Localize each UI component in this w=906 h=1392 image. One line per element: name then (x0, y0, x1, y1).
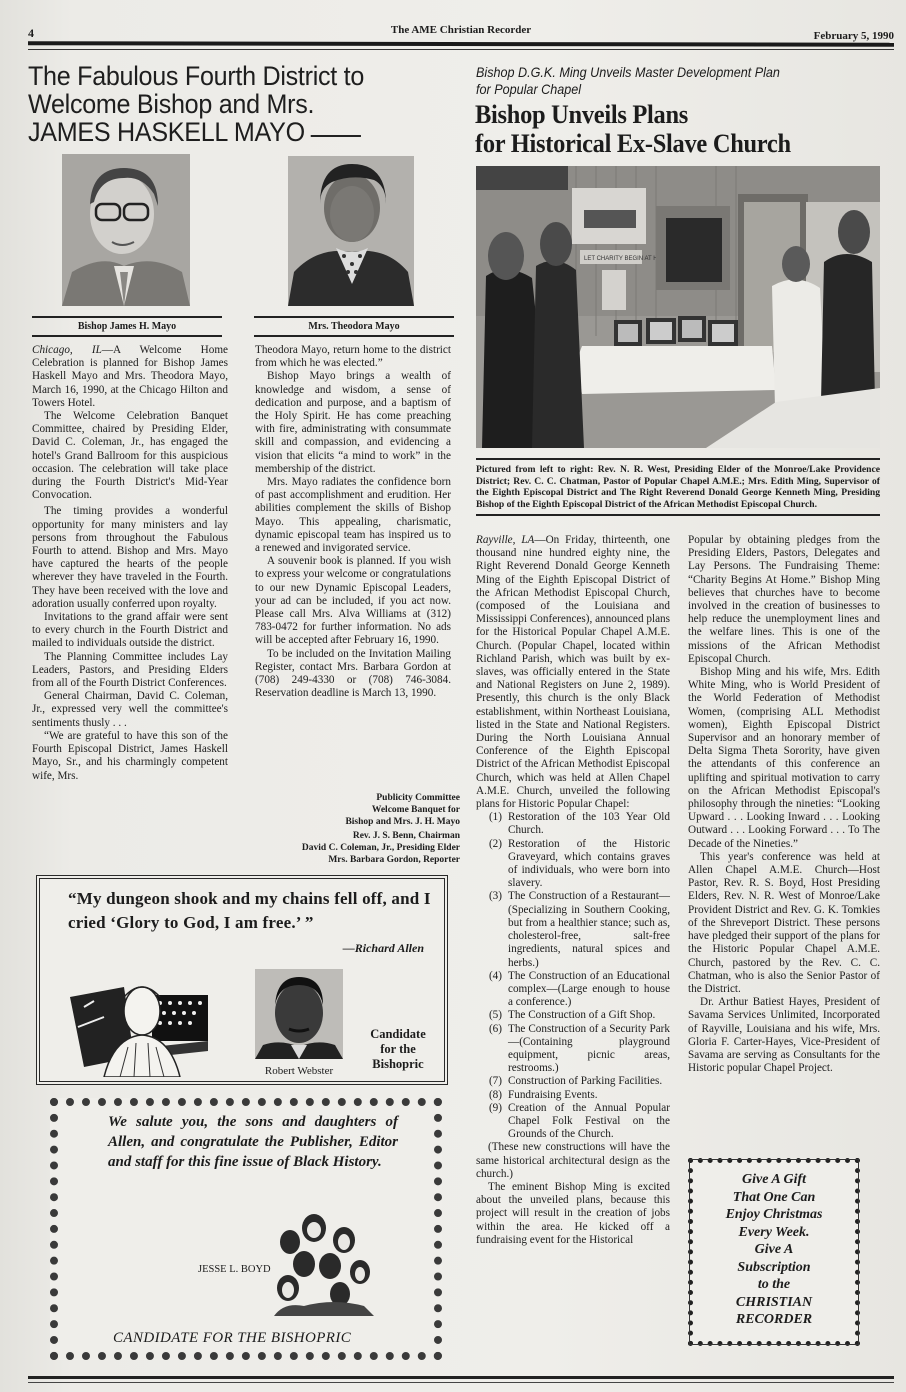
list-item: (7)Construction of Parking Facilities. (476, 1075, 670, 1088)
ad-jesse-boyd: We salute you, the sons and daughters of… (50, 1098, 442, 1360)
paragraph: Rayville, LA—On Friday, thirteenth, one … (476, 534, 670, 811)
portrait-image (62, 154, 190, 306)
paragraph: Popular by obtaining pledges from the Pr… (688, 534, 880, 666)
ad-line: Give A Gift (693, 1171, 855, 1189)
signature-line: Bishop and Mrs. J. H. Mayo (255, 816, 460, 828)
paragraph: (These new constructions will have the s… (476, 1141, 670, 1181)
list-number: (2) (476, 838, 508, 891)
richard-allen-quote: “My dungeon shook and my chains fell off… (68, 887, 438, 935)
portrait-image (255, 969, 343, 1059)
signature-block: Publicity Committee Welcome Banquet for … (255, 792, 460, 866)
kicker-line: Bishop D.G.K. Ming Unveils Master Develo… (476, 64, 854, 81)
group-portrait-sketch-icon (274, 1206, 392, 1316)
headline-line: for Historical Ex-Slave Church (475, 129, 870, 158)
signature-line: David C. Coleman, Jr., Presiding Elder (255, 842, 460, 854)
signature-line: Welcome Banquet for (255, 804, 460, 816)
signature-line: Rev. J. S. Benn, Chairman (255, 830, 460, 842)
right-headline: Bishop Unveils Plans for Historical Ex-S… (475, 100, 870, 158)
paragraph: Bishop Mayo brings a wealth of knowledge… (255, 370, 451, 476)
footer-rule (28, 1376, 894, 1379)
paragraph: “We are grateful to have this son of the… (32, 730, 228, 783)
plans-list: (1)Restoration of the 103 Year Old Churc… (476, 811, 670, 1141)
list-number: (9) (476, 1102, 508, 1142)
right-article-column-1: Rayville, LA—On Friday, thirteenth, one … (476, 534, 670, 1247)
ad-line: Subscription (693, 1259, 855, 1277)
ad-subscription: Give A Gift That One Can Enjoy Christmas… (688, 1158, 860, 1346)
dateline: Rayville, LA (476, 534, 534, 546)
photo-caption-theodora: Mrs. Theodora Mayo (254, 316, 454, 337)
candidate-label: Candidate for the Bishopric (358, 1027, 438, 1072)
paragraph: Dr. Arthur Batiest Hayes, President of S… (688, 996, 880, 1075)
list-number: (1) (476, 811, 508, 837)
list-item: (5)The Construction of a Gift Shop. (476, 1009, 670, 1022)
paragraph: Bishop Ming and his wife, Mrs. Edith Whi… (688, 666, 880, 851)
list-item: (9)Creation of the Annual Popular Chapel… (476, 1102, 670, 1142)
masthead-rule-thin (28, 49, 894, 50)
jesse-boyd-name: JESSE L. BOYD (198, 1264, 271, 1275)
list-number: (7) (476, 1075, 508, 1088)
paragraph-text: —On Friday, thirteenth, one thousand nin… (476, 534, 670, 810)
paragraph: Chicago, IL—A Welcome Home Celebration i… (32, 344, 228, 410)
ad-line: That One Can (693, 1189, 855, 1207)
right-kicker: Bishop D.G.K. Ming Unveils Master Develo… (476, 64, 854, 98)
list-text: The Construction of an Educational compl… (508, 970, 670, 1010)
paragraph: Invitations to the grand affair were sen… (32, 611, 228, 651)
paragraph: A souvenir book is planned. If you wish … (255, 555, 451, 647)
robert-webster-photo (255, 969, 343, 1059)
list-number: (8) (476, 1089, 508, 1102)
portrait-image (288, 156, 414, 306)
left-headline: The Fabulous Fourth District to Welcome … (28, 62, 419, 146)
paragraph: Theodora Mayo, return home to the distri… (255, 344, 451, 370)
signature-line: Mrs. Barbara Gordon, Reporter (255, 854, 460, 866)
list-text: The Construction of a Gift Shop. (508, 1009, 670, 1022)
paragraph: The eminent Bishop Ming is excited about… (476, 1181, 670, 1247)
list-text: The Construction of a Restaurant—(Specia… (508, 890, 670, 969)
dateline: Chicago, IL (32, 344, 102, 356)
quote-attribution: —Richard Allen (343, 941, 424, 956)
photo-popular-chapel-group: LET CHARITY BEGIN AT HOME (476, 166, 880, 448)
list-number: (4) (476, 970, 508, 1010)
list-text: Fundraising Events. (508, 1089, 670, 1102)
robert-webster-name: Robert Webster (254, 1065, 344, 1077)
headline-line: The Fabulous Fourth District to (28, 62, 419, 90)
ad-line: Enjoy Christmas (693, 1206, 855, 1224)
ad-robert-webster: “My dungeon shook and my chains fell off… (36, 875, 448, 1085)
newspaper-page: 4 The AME Christian Recorder February 5,… (0, 0, 906, 1392)
headline-line: JAMES HASKELL MAYO (28, 117, 305, 147)
paragraph: To be included on the Invitation Mailing… (255, 648, 451, 701)
list-text: Creation of the Annual Popular Chapel Fo… (508, 1102, 670, 1142)
headline-rule (310, 135, 360, 137)
photo-caption-bishop: Bishop James H. Mayo (32, 316, 222, 337)
left-article-column-1: Chicago, IL—A Welcome Home Celebration i… (32, 344, 228, 783)
paragraph: The Welcome Celebration Banquet Committe… (32, 410, 228, 502)
paragraph: Mrs. Mayo radiates the confidence born o… (255, 476, 451, 555)
list-item: (8)Fundraising Events. (476, 1089, 670, 1102)
paragraph: The Planning Committee includes Lay Lead… (32, 651, 228, 691)
list-text: Construction of Parking Facilities. (508, 1075, 670, 1088)
ad-line: RECORDER (693, 1311, 855, 1329)
paragraph: This year's conference was held at Allen… (688, 851, 880, 996)
paragraph: General Chairman, David C. Coleman, Jr.,… (32, 690, 228, 730)
ad-line: Every Week. (693, 1224, 855, 1242)
group-photo-image: LET CHARITY BEGIN AT HOME (476, 166, 880, 448)
list-item: (1)Restoration of the 103 Year Old Churc… (476, 811, 670, 837)
photo-theodora-mayo (288, 156, 414, 306)
salute-message: We salute you, the sons and daughters of… (108, 1112, 398, 1172)
list-item: (2)Restoration of the Historic Graveyard… (476, 838, 670, 891)
group-photo-caption: Pictured from left to right: Rev. N. R. … (476, 458, 880, 516)
paragraph: The timing provides a wonderful opportun… (32, 505, 228, 611)
photo-bishop-mayo (62, 154, 190, 306)
list-text: The Construction of a Security Park—(Con… (508, 1023, 670, 1076)
headline-line: Bishop Unveils Plans (475, 100, 870, 129)
list-text: Restoration of the 103 Year Old Church. (508, 811, 670, 837)
issue-date: February 5, 1990 (814, 30, 894, 42)
candidate-footer: CANDIDATE FOR THE BISHOPRIC (113, 1330, 351, 1347)
list-number: (3) (476, 890, 508, 969)
richard-allen-sketch-icon (64, 977, 214, 1077)
kicker-line: for Popular Chapel (476, 81, 854, 98)
list-text: Restoration of the Historic Graveyard, w… (508, 838, 670, 891)
headline-line: Welcome Bishop and Mrs. (28, 90, 419, 118)
left-article-column-2: Theodora Mayo, return home to the distri… (255, 344, 451, 700)
candidate-line: Candidate (358, 1027, 438, 1042)
list-item: (4)The Construction of an Educational co… (476, 970, 670, 1010)
list-item: (6)The Construction of a Security Park—(… (476, 1023, 670, 1076)
list-item: (3)The Construction of a Restaurant—(Spe… (476, 890, 670, 969)
candidate-line: for the (358, 1042, 438, 1057)
ad-line: Give A (693, 1241, 855, 1259)
right-article-column-2: Popular by obtaining pledges from the Pr… (688, 534, 880, 1075)
ad-line: to the (693, 1276, 855, 1294)
ad-line: CHRISTIAN (693, 1294, 855, 1312)
signature-line: Publicity Committee (255, 792, 460, 804)
list-number: (5) (476, 1009, 508, 1022)
candidate-line: Bishopric (358, 1057, 438, 1072)
footer-rule-thin (28, 1382, 894, 1383)
publication-name: The AME Christian Recorder (28, 24, 894, 36)
list-number: (6) (476, 1023, 508, 1076)
